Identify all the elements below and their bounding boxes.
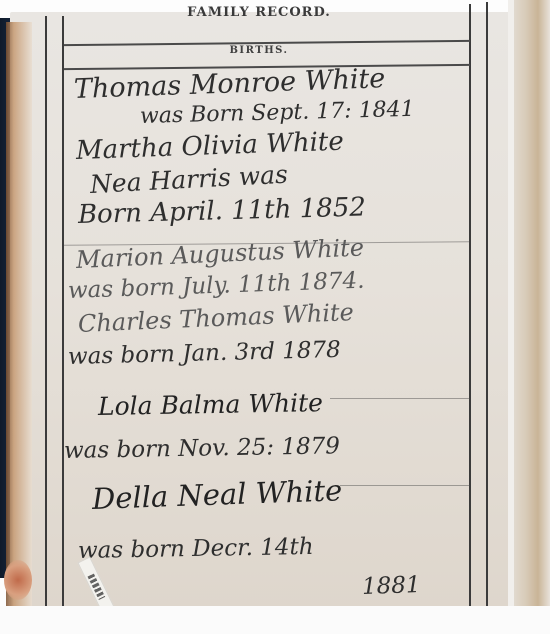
left-inner-rule (62, 16, 64, 612)
row-separator (330, 398, 470, 399)
left-outer-rule (45, 16, 47, 608)
section-title: BIRTHS. (64, 45, 454, 56)
entry-date: was born Nov. 25: 1879 (64, 433, 340, 464)
row-separator (340, 485, 470, 486)
entry-year: 1881 (362, 572, 421, 600)
entry-date: was born Decr. 14th (78, 534, 314, 564)
page-right-margin (508, 0, 514, 610)
right-inner-rule (469, 4, 471, 608)
document-photo: FAMILY RECORD. BIRTHS. Thomas Monroe Whi… (0, 0, 550, 634)
page-stain (4, 560, 32, 600)
page-left-edge-worn (6, 22, 32, 612)
photo-bottom-margin (0, 606, 550, 634)
page-title: FAMILY RECORD. (64, 5, 454, 20)
page-right-edge-worn (510, 0, 550, 610)
right-outer-rule (486, 2, 488, 608)
entry-name: Lola Balma White (98, 388, 323, 421)
